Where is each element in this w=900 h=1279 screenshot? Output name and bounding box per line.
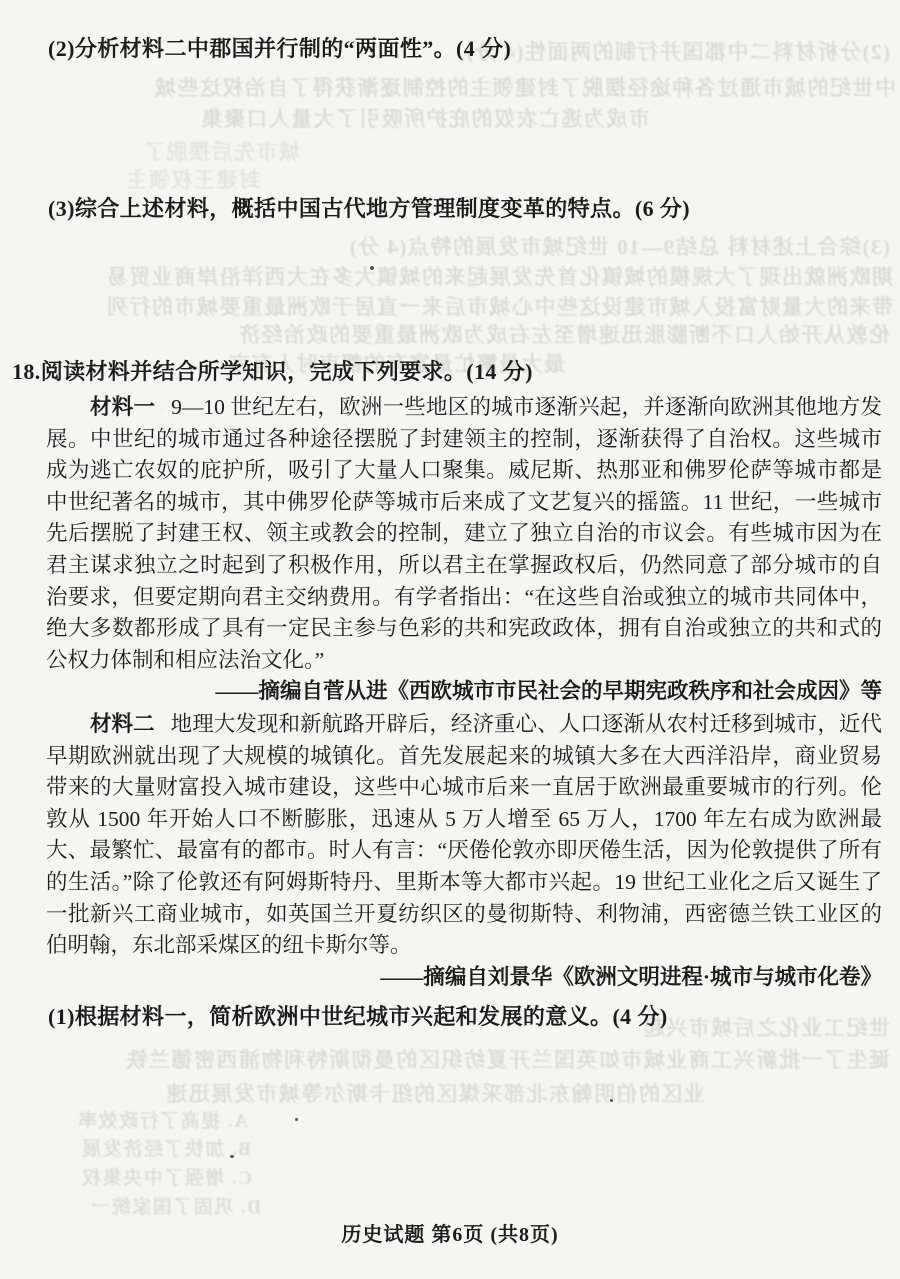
bleedthrough-line: 中世纪的城市通过各种途径摆脱了封建领主的控制逐渐获得了自治权这些城 (0, 72, 896, 102)
material-two-text: 地理大发现和新航路开辟后，经济重心、人口逐渐从农村迁移到城市，近代早期欧洲就出现… (46, 712, 882, 957)
bleedthrough-line: 伦敦从开始人口不断膨胀迅速增至左右成为欧洲最重要的政治经济 (15, 319, 890, 349)
bleedthrough-option-line: B. 加快了经济发展 (33, 1134, 251, 1161)
material-one-label: 材料一 (90, 395, 155, 419)
material-one-source: ——摘编自菅从进《西欧城市市民社会的早期宪政秩序和社会成因》等 (46, 676, 882, 708)
bleedthrough-line: 带来的大量财富投入城市建设这些中心城市后来一直居于欧洲最重要城市的行列 (5, 291, 893, 321)
bleedthrough-line: 诞生了一批新兴工商业城市如英国兰开夏纺织区的曼彻斯特利物浦西密德兰铁 (25, 1044, 890, 1074)
page-footer: 历史试题 第6页 (共8页) (0, 1218, 900, 1247)
bleedthrough-option-line: D. 巩固了国家统一 (33, 1192, 261, 1219)
bleedthrough-line: 封建王权领主 (0, 164, 260, 194)
material-two-source: ——摘编自刘景华《欧洲文明进程·城市与城市化卷》 (46, 962, 882, 994)
bleedthrough-line: 市成为逃亡农奴的庇护所吸引了大量人口聚集 (0, 103, 650, 133)
bleedthrough-option-line: A. 提高了行政效率 (33, 1106, 248, 1133)
material-one: 材料一9—10 世纪左右，欧洲一些地区的城市逐渐兴起，并逐渐向欧洲其他地方发展。… (46, 392, 882, 708)
scan-speck (295, 1118, 298, 1121)
question-18-stem: 18.阅读材料并结合所学知识，完成下列要求。(14 分) (12, 355, 533, 386)
material-one-text: 9—10 世纪左右，欧洲一些地区的城市逐渐兴起，并逐渐向欧洲其他地方发展。中世纪… (46, 395, 882, 672)
material-two-label: 材料二 (90, 712, 155, 736)
material-two-paragraph: 材料二地理大发现和新航路开辟后，经济重心、人口逐渐从农村迁移到城市，近代早期欧洲… (46, 709, 882, 962)
scan-speck (610, 1099, 613, 1102)
scan-speck (230, 1155, 234, 1158)
bleedthrough-line: 期欧洲就出现了大规模的城镇化首先发展起来的城镇大多在大西洋沿岸商业贸易 (5, 261, 893, 291)
material-two: 材料二地理大发现和新航路开辟后，经济重心、人口逐渐从农村迁移到城市，近代早期欧洲… (46, 709, 882, 993)
question-3: (3)综合上述材料，概括中国古代地方管理制度变革的特点。(6 分) (48, 192, 690, 223)
bleedthrough-line: (3)综合上述材料 总结9—10 世纪城市发展的特点(4 分) (255, 231, 890, 261)
question-2: (2)分析材料二中郡国并行制的“两面性”。(4 分) (48, 32, 511, 63)
scan-speck (370, 266, 374, 270)
bleedthrough-line: 业区的伯明翰东北部采煤区的纽卡斯尔等城市发展迅速 (25, 1078, 705, 1108)
exam-page: (2)分析材料二中郡国并行制的两面性(4 分) 中世纪的城市通过各种途径摆脱了封… (0, 0, 900, 1279)
bleedthrough-option-line: C. 增强了中央集权 (40, 1163, 252, 1190)
bleedthrough-line: 城市先后摆脱了 (0, 136, 300, 166)
material-one-paragraph: 材料一9—10 世纪左右，欧洲一些地区的城市逐渐兴起，并逐渐向欧洲其他地方发展。… (46, 392, 882, 676)
question-18-sub1: (1)根据材料一，简析欧洲中世纪城市兴起和发展的意义。(4 分) (48, 1000, 668, 1031)
